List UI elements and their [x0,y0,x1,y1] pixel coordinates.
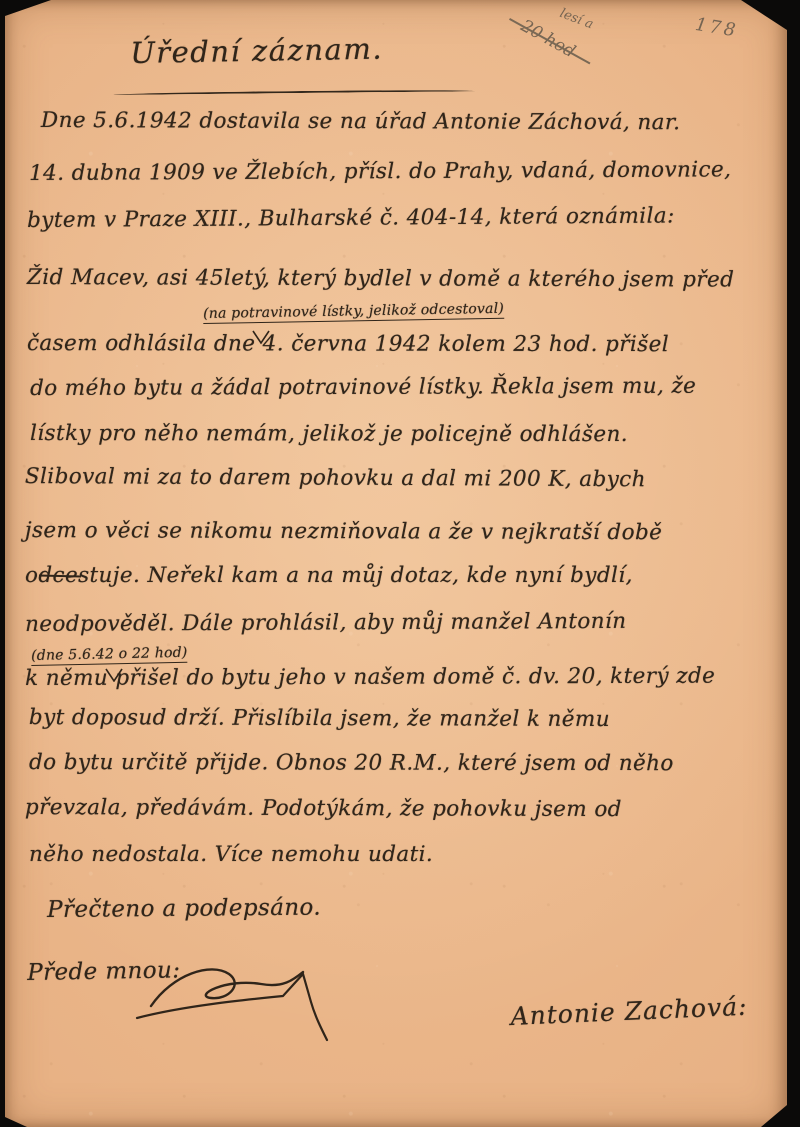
scan-corner-artifact [5,1117,27,1127]
scan-corner-artifact [761,1105,787,1127]
handwritten-line: Žid Macev, asi 45letý, který bydlel v do… [27,265,734,292]
handwritten-line: bytem v Praze XIII., Bulharské č. 404-14… [27,203,675,233]
official-signature-scrawl [133,944,333,1054]
handwritten-line: časem odhlásila dne 4. června 1942 kolem… [27,331,669,357]
handwritten-line: převzala, předávám. Podotýkám, že pohovk… [25,795,622,822]
handwritten-line: neodpověděl. Dále prohlásil, aby můj man… [25,609,627,637]
handwritten-line: Sliboval mi za to darem pohovku a dal mi… [25,464,646,492]
handwritten-line: odcestuje. Neřekl kam a na můj dotaz, kd… [25,563,633,588]
handwritten-line: jsem o věci se nikomu nezmiňovala a že v… [25,518,662,545]
page-number: 178 [694,14,740,42]
title-underline [113,89,475,95]
closing-statement: Přečteno a podepsáno. [47,895,321,923]
handwritten-line: Dne 5.6.1942 dostavila se na úřad Antoni… [41,108,681,135]
interline-insertion-2: (dne 5.6.42 o 22 hod) [31,645,188,666]
declarant-signature: Antonie Zachová: [510,992,748,1031]
handwritten-line: byt doposud drží. Přislíbila jsem, že ma… [29,705,610,732]
scan-corner-artifact [741,0,787,30]
pencil-note-small: lesí a [558,6,596,32]
scan-corner-artifact [5,0,51,16]
handwritten-line: k němu přišel do bytu jeho v našem domě … [25,664,715,691]
document-title: Úřední záznam. [130,32,383,70]
handwritten-line: do mého bytu a žádal potravinové lístky.… [30,374,696,401]
interline-insertion-1: (na potravinové lístky, jelikož odcestov… [203,301,504,324]
scanned-document-page: { "annotations": { "page_number": "178",… [0,0,800,1127]
paper-sheet: lesí a 20 hod 178 Úřední záznam. Dne 5.6… [5,0,787,1127]
handwritten-line: do bytu určitě přijde. Obnos 20 R.M., kt… [29,750,674,776]
handwritten-line: 14. dubna 1909 ve Žlebích, přísl. do Pra… [29,157,731,186]
handwritten-line: lístky pro něho nemám, jelikož je police… [30,421,628,447]
handwritten-line: něho nedostala. Více nemohu udati. [29,842,433,867]
